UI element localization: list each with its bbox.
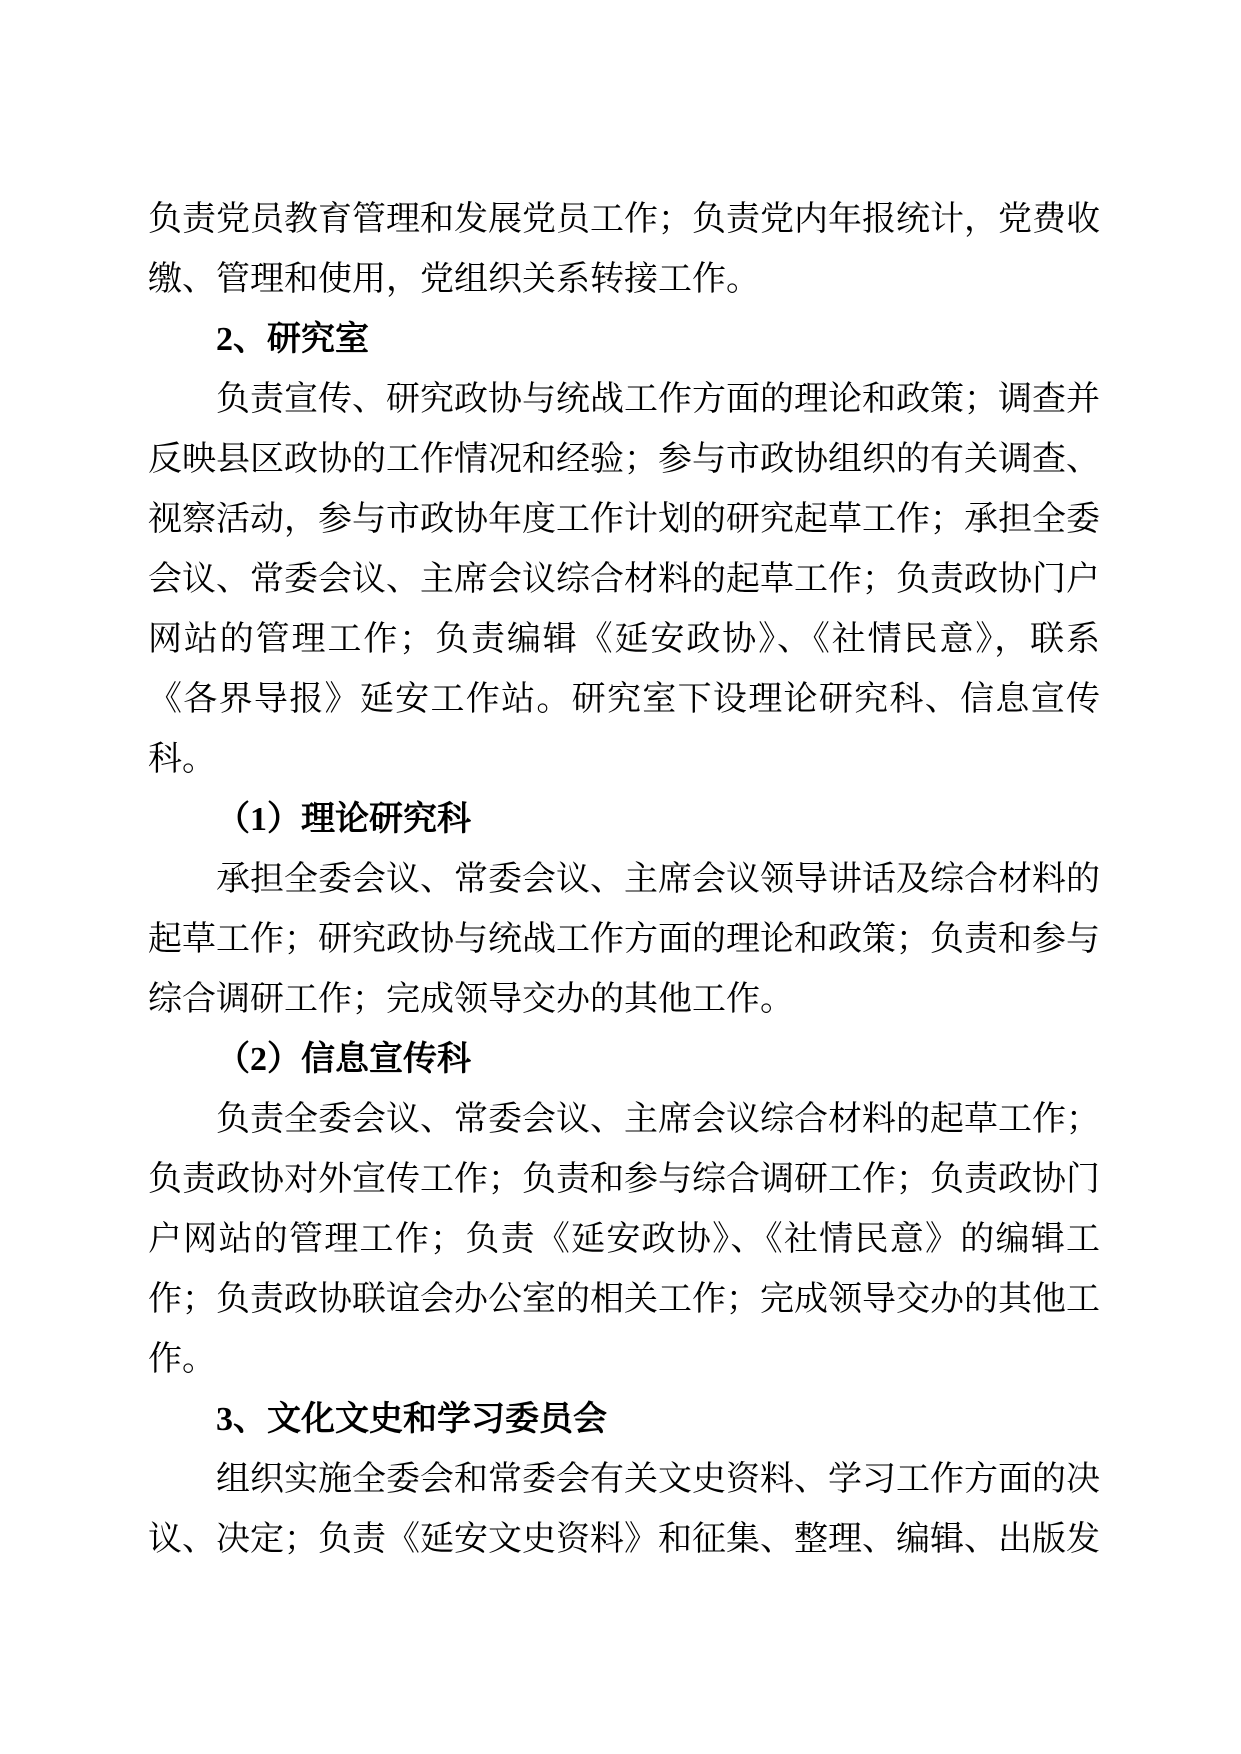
paragraph-information-publicity-section-duties: 负责全委会议、常委会议、主席会议综合材料的起草工作；负责政协对外宣传工作；负责和… [148,1090,1100,1390]
document-page: 负责党员教育管理和发展党员工作；负责党内年报统计，党费收缴、管理和使用，党组织关… [0,0,1241,1754]
heading-information-publicity-section: （2）信息宣传科 [148,1030,1100,1090]
heading-culture-history-study-committee: 3、文化文史和学习委员会 [148,1390,1100,1450]
paragraph-party-affairs-continuation: 负责党员教育管理和发展党员工作；负责党内年报统计，党费收缴、管理和使用，党组织关… [148,190,1100,310]
paragraph-research-office-duties: 负责宣传、研究政协与统战工作方面的理论和政策；调查并反映县区政协的工作情况和经验… [148,370,1100,790]
document-content: 负责党员教育管理和发展党员工作；负责党内年报统计，党费收缴、管理和使用，党组织关… [148,190,1100,1570]
paragraph-theory-research-section-duties: 承担全委会议、常委会议、主席会议领导讲话及综合材料的起草工作；研究政协与统战工作… [148,850,1100,1030]
heading-theory-research-section: （1）理论研究科 [148,790,1100,850]
heading-research-office: 2、研究室 [148,310,1100,370]
paragraph-culture-history-study-committee-duties: 组织实施全委会和常委会有关文史资料、学习工作方面的决议、决定；负责《延安文史资料… [148,1450,1100,1570]
